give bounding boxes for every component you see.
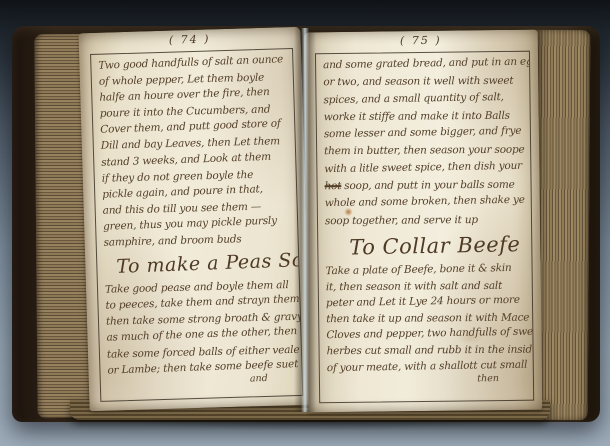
recipe-heading-collar-beefe: To Collar Beefe [325, 227, 528, 264]
right-page-edges [534, 30, 591, 420]
manuscript-line: with a litle sweet spice, then dish your [324, 157, 526, 178]
manuscript-line: Cloves and pepper, two handfulls of swee… [326, 324, 528, 344]
manuscript-line: some lesser and some bigger, and frye [324, 123, 526, 144]
manuscript-line: and some grated bread, and put in an egg [323, 54, 525, 75]
manuscript-line-text: soop, and putt in your balls some [344, 179, 514, 192]
manuscript-line: whole and some broken, then shake ye [325, 192, 527, 213]
book-gutter [294, 28, 316, 412]
manuscript-line: spices, and a small quantity of salt, [323, 88, 525, 109]
right-page-text-frame: and some grated bread, and put in an egg… [315, 51, 534, 404]
struck-word: hot [325, 180, 342, 192]
manuscript-line: of your meate, with a shallott cut small [327, 356, 529, 376]
stain [344, 208, 353, 216]
left-page-number: ( 74 ) [79, 30, 301, 50]
left-page-text-frame: Two good handfulls of salt an ounce of w… [90, 48, 303, 402]
left-page: ( 74 ) Two good handfulls of salt an oun… [78, 27, 311, 411]
recipe-continuation: and some grated bread, and put in an egg… [323, 55, 527, 230]
manuscript-line: Take a plate of Beefe, bone it & skin [325, 260, 527, 280]
right-page: ( 75 ) and some grated bread, and put in… [304, 30, 543, 413]
manuscript-line: peter and Let it Lye 24 hours or more [326, 292, 528, 312]
photo-background: ( 74 ) Two good handfulls of salt an oun… [0, 0, 610, 446]
right-page-number: ( 75 ) [304, 33, 538, 49]
